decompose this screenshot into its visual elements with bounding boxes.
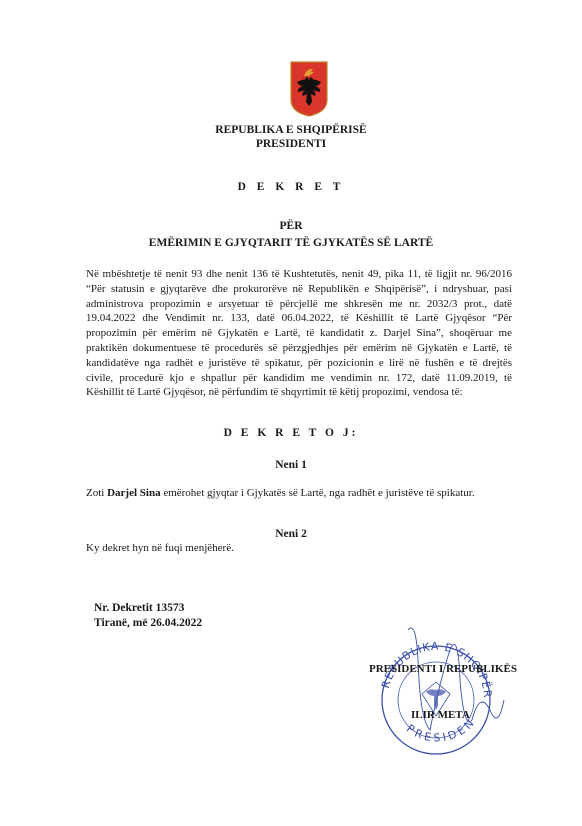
country-name: REPUBLIKA E SHQIPËRISË [0,123,582,138]
preamble-line: civile, procedurë kjo e shpallur për kan… [86,371,512,386]
article-1-prefix: Zoti [86,487,107,499]
article-1-heading: Neni 1 [0,458,582,473]
preamble-line: propozimin për emërim në Gjykatën e Lart… [86,326,512,341]
svg-text:REPUBLIKA E SHQIPËRISË: REPUBLIKA E SHQIPËRISË [360,620,494,699]
preamble-line: praktikën dokumentuese të procedurës së … [86,341,512,356]
signatory-name: ILIR META [411,709,470,721]
appointee-name: Darjel Sina [107,487,160,499]
article-1-suffix: emërohet gjyqtar i Gjykatës së Lartë, ng… [161,487,475,499]
preamble-line: “Për statusin e gjyqtarëve dhe prokurorë… [86,282,512,297]
decree-number: Nr. Dekretit 13573 [94,601,184,616]
preamble-line: kandidatëve nga radhët e juristëve të sp… [86,356,512,371]
preamble-paragraph: Në mbështetje të nenit 93 dhe nenit 136 … [86,267,512,400]
decree-heading: D E K R E T O J: [0,427,582,439]
preamble-line: administrova propozimin e arsyetuar të p… [86,297,512,312]
preamble-line: 19.04.2022 dhe Vendimit nr. 133, datë 06… [86,311,512,326]
coat-of-arms-icon [289,60,329,118]
official-stamp-icon: REPUBLIKA E SHQIPËRISË PRESIDENTI [360,620,510,760]
subject-line-1: PËR [0,219,582,234]
article-2-heading: Neni 2 [0,527,582,542]
document-title: D E K R E T [0,181,582,193]
preamble-line: Këshillit të Lartë Gjyqësor, në përfundi… [86,385,512,400]
signature-title: PRESIDENTI I REPUBLIKËS [369,663,517,675]
place-date: Tiranë, më 26.04.2022 [94,616,202,631]
article-2-text: Ky dekret hyn në fuqi menjëherë. [86,542,234,554]
article-1-text: Zoti Darjel Sina emërohet gjyqtar i Gjyk… [86,487,526,499]
office-name: PRESIDENTI [0,137,582,152]
preamble-line: Në mbështetje të nenit 93 dhe nenit 136 … [86,267,512,282]
subject-line-2: EMËRIMIN E GJYQTARIT TË GJYKATËS SË LART… [0,236,582,251]
